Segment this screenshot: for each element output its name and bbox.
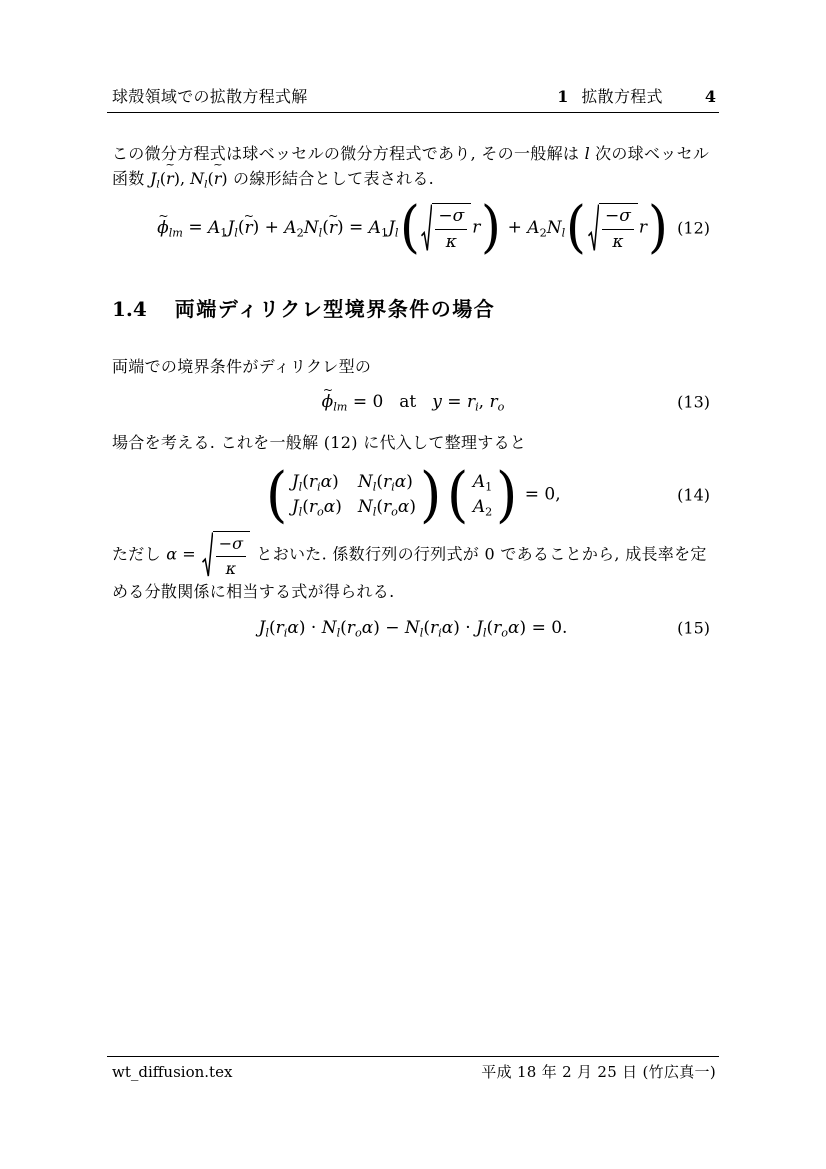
math-letter: N [547, 218, 562, 238]
math-roman: = 0. [526, 618, 567, 638]
math-variable: α [321, 472, 332, 492]
footer-date-author: 平成 18 年 2 月 25 日 (竹広真一) [481, 1063, 716, 1081]
math-variable: A1 [473, 472, 492, 492]
math-big-paren: ) [496, 465, 518, 525]
math-variable: ro [493, 618, 508, 638]
math-roman: = [183, 218, 208, 238]
math-letter: r [489, 392, 497, 412]
math-letter: A [208, 218, 220, 238]
math-subscript: 1 [381, 226, 388, 239]
math-variable: A2 [527, 218, 546, 238]
equation-12-math: ϕ~lm = A1Jl(r~) + A2Nl(r~) = A1Jl(−σκr) … [157, 200, 669, 256]
math-variable: ri [467, 392, 479, 412]
math-roman: · [460, 618, 476, 638]
math-letter: ϕ~ [157, 218, 169, 238]
page-header: 球殻領域での拡散方程式解 1 拡散方程式 4 [107, 88, 719, 113]
math-calligraphic: Nl [547, 218, 565, 238]
math-letter: r [639, 218, 647, 238]
math-letter: r~ [166, 166, 174, 191]
math-roman: ) [335, 497, 342, 517]
math-big-paren: ( [266, 465, 288, 525]
math-letter: A [473, 472, 485, 492]
math-fraction: −σκ [216, 534, 246, 579]
math-letter: J [292, 472, 299, 492]
text-run: める分散関係に相当する式が得られる. [112, 582, 395, 601]
math-calligraphic: Nl [190, 169, 207, 188]
math-variable: r~ [329, 218, 337, 238]
matrix-cell: Jl(riα) [292, 472, 342, 493]
section-heading-number: 1.4 [112, 297, 147, 321]
math-letter: N [304, 218, 319, 238]
math-variable: y [432, 392, 442, 412]
text-run: 函数 [112, 169, 150, 188]
text-run: 場合を考える. これを一般解 (12) に代入して整理すると [112, 433, 526, 452]
math-roman: ( [340, 618, 347, 638]
math-subscript: o [391, 506, 398, 519]
math-variable: ro [383, 497, 398, 517]
math-roman: ) [409, 497, 416, 517]
text-run: この微分方程式は球ベッセルの微分方程式であり, その一般解は [112, 144, 585, 163]
text-run: ただし [112, 545, 166, 564]
math-variable: σ [232, 534, 243, 553]
math-variable: r [639, 218, 647, 238]
math-letter: J [476, 618, 483, 638]
math-variable: κ [446, 232, 457, 252]
math-roman: at [399, 392, 416, 412]
header-section-number: 1 [557, 88, 568, 105]
math-roman: − [438, 206, 452, 226]
math-big-paren: ) [420, 465, 442, 525]
math-letter: κ [612, 232, 623, 252]
math-calligraphic: Nl [358, 472, 376, 492]
math-subscript: o [317, 506, 324, 519]
math-subscript: 1 [485, 481, 492, 494]
math-letter: r~ [214, 166, 222, 191]
math-roman: ) [453, 618, 460, 638]
math-letter: N [322, 618, 337, 638]
math-letter: r [309, 472, 317, 492]
fraction-numerator: −σ [435, 206, 467, 229]
sqrt-body: −σκ [213, 531, 250, 579]
math-variable: α [324, 497, 335, 517]
math-roman: ( [423, 618, 430, 638]
tilde-accent-icon: ~ [158, 210, 168, 222]
header-section-title: 拡散方程式 [581, 88, 663, 105]
math-letter: α [395, 472, 406, 492]
math-letter: r [472, 218, 480, 238]
math-variable: r [472, 218, 480, 238]
radical-sign-icon [202, 531, 213, 579]
math-roman: ), [174, 169, 190, 188]
math-roman: − [219, 534, 232, 553]
math-variable: r~ [244, 218, 252, 238]
math-roman: ( [302, 472, 309, 492]
equation-13: ϕ~lm = 0aty = ri, ro (13) [107, 388, 719, 416]
math-big-paren: ) [648, 200, 668, 256]
paragraph-line: 場合を考える. これを一般解 (12) に代入して整理すると [112, 430, 719, 455]
fraction-denominator: κ [602, 229, 634, 253]
math-letter: J [388, 218, 395, 238]
math-variable: α [362, 618, 373, 638]
text-run: とおいた. 係数行列の行列式が 0 であることから, 成長率を定 [251, 545, 707, 564]
math-variable: ro [489, 392, 504, 412]
math-letter: κ [226, 559, 237, 578]
math-letter: α [398, 497, 409, 517]
math-big-paren: ( [399, 200, 419, 256]
paragraph-dirichlet: 両端での境界条件がディリクレ型の [107, 354, 719, 379]
math-subscript: lm [169, 226, 183, 239]
math-letter: α [166, 545, 177, 564]
math-variable: ri [430, 618, 442, 638]
math-calligraphic: Nl [405, 618, 423, 638]
math-variable: σ [619, 206, 631, 226]
math-letter: N [190, 169, 204, 188]
fraction-denominator: κ [435, 229, 467, 253]
paragraph-line: ただし α = −σκ とおいた. 係数行列の行列式が 0 であることから, 成… [112, 531, 719, 579]
math-variable: r~ [166, 169, 174, 188]
equation-14: (Jl(riα)Nl(riα)Jl(roα)Nl(roα))(A1A2)= 0,… [107, 464, 719, 526]
math-roman: + [502, 218, 527, 238]
math-letter: α [508, 618, 519, 638]
math-variable: α [395, 472, 406, 492]
math-letter: r [383, 497, 391, 517]
math-letter: α [324, 497, 335, 517]
footer-filename: wt_diffusion.tex [112, 1063, 232, 1081]
math-letter: r~ [329, 218, 337, 238]
tilde-accent-icon: ~ [244, 210, 254, 222]
math-subscript: lm [333, 400, 347, 413]
equation-15-math: Jl(riα) · Nl(roα) − Nl(riα) · Jl(roα) = … [259, 618, 568, 639]
paragraph-line: 函数 Jl(r~), Nl(r~) の線形結合として表される. [112, 166, 719, 191]
equation-13-math: ϕ~lm = 0aty = ri, ro [322, 392, 505, 413]
math-roman: = 0 [347, 392, 383, 412]
tilde-accent-icon: ~ [323, 384, 333, 396]
math-letter: A [473, 497, 485, 517]
math-roman: = [177, 545, 201, 564]
radical-sign-icon [421, 203, 432, 254]
math-subscript: o [498, 400, 505, 413]
math-big-paren: ) [481, 200, 501, 256]
math-letter: N [358, 472, 373, 492]
paragraph-line: める分散関係に相当する式が得られる. [112, 579, 719, 604]
math-letter: A [369, 218, 381, 238]
math-letter: r [347, 618, 355, 638]
math-roman: ) + [253, 218, 285, 238]
math-big-paren: ( [447, 465, 469, 525]
math-variable: κ [226, 559, 237, 578]
math-variable: ϕ~lm [322, 392, 348, 412]
header-page-number: 4 [705, 88, 716, 105]
math-letter: α [442, 618, 453, 638]
math-letter: A [527, 218, 539, 238]
math-subscript: 2 [485, 506, 492, 519]
equation-15: Jl(riα) · Nl(roα) − Nl(riα) · Jl(roα) = … [107, 612, 719, 644]
equation-14-math: (Jl(riα)Nl(riα)Jl(roα)Nl(roα))(A1A2)= 0, [265, 465, 560, 525]
equation-14-number: (14) [677, 486, 710, 505]
math-fraction: −σκ [435, 206, 467, 254]
sqrt-body: −σκ [432, 203, 471, 254]
math-roman: ) [373, 618, 380, 638]
math-variable: ϕ~lm [157, 218, 183, 238]
math-variable: ri [383, 472, 395, 492]
math-calligraphic: Jl [292, 497, 302, 517]
text-run: 次の球ベッセル [590, 144, 710, 163]
math-roman: ) = [337, 218, 369, 238]
math-variable: α [398, 497, 409, 517]
math-variable: A2 [473, 497, 492, 517]
math-roman: = [442, 392, 467, 412]
math-roman: , [479, 392, 490, 412]
tilde-accent-icon: ~ [165, 159, 175, 171]
paragraph-substitute: 場合を考える. これを一般解 (12) に代入して整理すると [107, 430, 719, 455]
math-variable: A1 [369, 218, 388, 238]
math-roman: = 0, [525, 485, 561, 505]
header-right: 1 拡散方程式 4 [557, 88, 716, 105]
math-letter: N [358, 497, 373, 517]
math-letter: α [362, 618, 373, 638]
page-footer: wt_diffusion.tex 平成 18 年 2 月 25 日 (竹広真一) [107, 1056, 719, 1081]
math-sqrt: −σκ [588, 203, 638, 254]
math-letter: α [321, 472, 332, 492]
fraction-numerator: −σ [216, 534, 246, 556]
math-letter: y [432, 392, 442, 412]
document-page: 球殻領域での拡散方程式解 1 拡散方程式 4 この微分方程式は球ベッセルの微分方… [0, 0, 826, 1169]
math-calligraphic: Jl [150, 169, 160, 188]
math-roman: ( [302, 497, 309, 517]
math-sqrt: −σκ [421, 203, 471, 254]
equation-12: ϕ~lm = A1Jl(r~) + A2Nl(r~) = A1Jl(−σκr) … [107, 196, 719, 260]
math-letter: σ [232, 534, 243, 553]
math-letter: A [284, 218, 296, 238]
tilde-accent-icon: ~ [213, 159, 223, 171]
math-sqrt: −σκ [202, 531, 250, 579]
math-variable: ri [276, 618, 288, 638]
math-variable: α [442, 618, 453, 638]
math-variable: α [166, 545, 177, 564]
math-roman: ( [269, 618, 276, 638]
math-variable: ro [347, 618, 362, 638]
math-letter: r [276, 618, 284, 638]
vector-cell: A2 [473, 497, 492, 518]
matrix-cell: Nl(riα) [358, 472, 416, 493]
math-letter: σ [453, 206, 465, 226]
math-letter: ϕ~ [322, 392, 334, 412]
fraction-numerator: −σ [602, 206, 634, 229]
math-letter: r~ [244, 218, 252, 238]
math-letter: σ [619, 206, 631, 226]
math-column-vector: A1A2 [473, 472, 492, 518]
math-calligraphic: Nl [304, 218, 322, 238]
vector-cell: A1 [473, 472, 492, 493]
math-calligraphic: Jl [476, 618, 486, 638]
equation-15-number: (15) [677, 619, 710, 638]
equation-13-number: (13) [677, 393, 710, 412]
matrix-cell: Jl(roα) [292, 497, 342, 518]
section-heading: 1.4 両端ディリクレ型境界条件の場合 [107, 296, 719, 322]
math-calligraphic: Jl [292, 472, 302, 492]
header-doc-title: 球殻領域での拡散方程式解 [112, 88, 308, 105]
math-subscript: l [395, 226, 399, 239]
math-subscript: 2 [297, 226, 304, 239]
paragraph-line: 両端での境界条件がディリクレ型の [112, 354, 719, 379]
math-letter: α [287, 618, 298, 638]
matrix-cell: Nl(roα) [358, 497, 416, 518]
math-roman: − [380, 618, 405, 638]
math-letter: N [405, 618, 420, 638]
paragraph-dispersion: ただし α = −σκ とおいた. 係数行列の行列式が 0 であることから, 成… [107, 531, 719, 604]
math-letter: κ [446, 232, 457, 252]
math-roman: − [605, 206, 619, 226]
math-variable: r~ [214, 169, 222, 188]
math-roman: ) [332, 472, 339, 492]
math-matrix: Jl(riα)Nl(riα)Jl(roα)Nl(roα) [292, 472, 416, 518]
math-variable: κ [612, 232, 623, 252]
text-run: 両端での境界条件がディリクレ型の [112, 357, 371, 376]
section-heading-title: 両端ディリクレ型境界条件の場合 [175, 297, 496, 321]
math-calligraphic: Jl [227, 218, 237, 238]
math-letter: J [292, 497, 299, 517]
math-calligraphic: Nl [322, 618, 340, 638]
sqrt-body: −σκ [599, 203, 638, 254]
math-letter: r [309, 497, 317, 517]
math-roman: · [305, 618, 321, 638]
math-fraction: −σκ [602, 206, 634, 254]
math-variable: A2 [284, 218, 303, 238]
radical-sign-icon [588, 203, 599, 254]
math-variable: α [508, 618, 519, 638]
math-letter: r [383, 472, 391, 492]
math-calligraphic: Jl [259, 618, 269, 638]
math-calligraphic: Nl [358, 497, 376, 517]
math-subscript: o [355, 626, 362, 639]
math-variable: ro [309, 497, 324, 517]
math-big-paren: ( [566, 200, 586, 256]
math-letter: r [467, 392, 475, 412]
math-letter: r [430, 618, 438, 638]
math-variable: σ [453, 206, 465, 226]
paragraph-intro: この微分方程式は球ベッセルの微分方程式であり, その一般解は l 次の球ベッセル… [107, 141, 719, 191]
math-subscript: l [562, 226, 566, 239]
math-calligraphic: Jl [388, 218, 398, 238]
text-run: の線形結合として表される. [228, 169, 434, 188]
math-variable: α [287, 618, 298, 638]
math-roman: ) [406, 472, 413, 492]
math-variable: A1 [208, 218, 227, 238]
tilde-accent-icon: ~ [328, 210, 338, 222]
math-subscript: 2 [540, 226, 547, 239]
equation-12-number: (12) [677, 219, 710, 238]
math-variable: ri [309, 472, 321, 492]
paragraph-line: この微分方程式は球ベッセルの微分方程式であり, その一般解は l 次の球ベッセル [112, 141, 719, 166]
fraction-denominator: κ [216, 556, 246, 579]
